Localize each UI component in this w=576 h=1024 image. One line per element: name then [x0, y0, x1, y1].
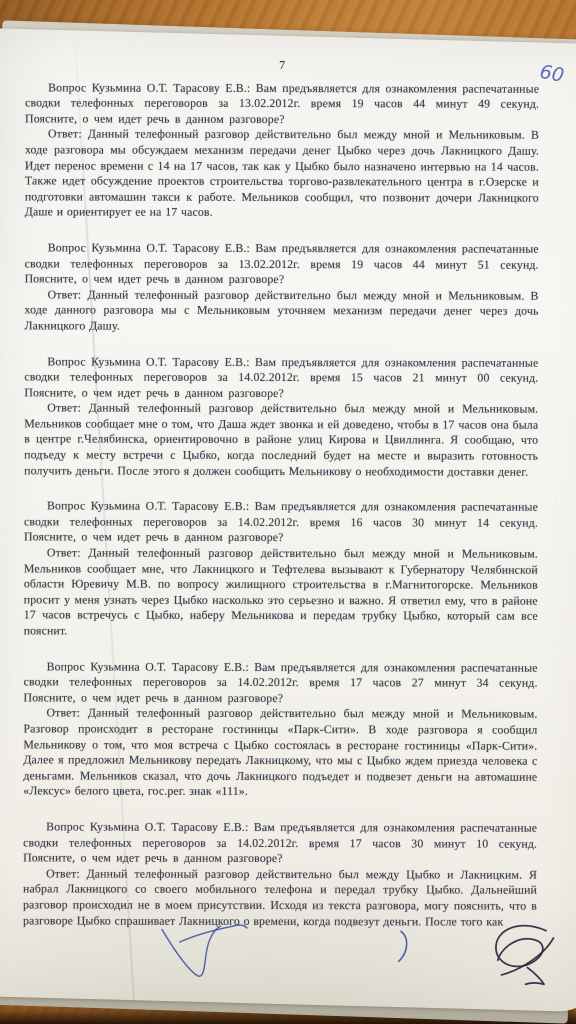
signature-flourish-center-icon — [261, 923, 429, 973]
handwritten-page-annotation: 60 — [538, 61, 566, 87]
signature-row — [23, 799, 537, 820]
qa-block: Вопрос Кузьмина О.Т. Тарасову Е.В.: Вам … — [24, 499, 538, 641]
signature-ink-icon — [300, 631, 432, 673]
signature-row — [24, 479, 538, 500]
question-paragraph: Вопрос Кузьмина О.Т. Тарасову Е.В.: Вам … — [24, 499, 538, 547]
question-paragraph: Вопрос Кузьмина О.Т. Тарасову Е.В.: Вам … — [24, 659, 538, 707]
page-content: 7 Вопрос Кузьмина О.Т. Тарасову Е.В.: Ва… — [0, 35, 576, 1005]
question-paragraph: Вопрос Кузьмина О.Т. Тарасову Е.В.: Вам … — [25, 240, 539, 288]
answer-paragraph: Ответ: Данный телефонный разговор действ… — [23, 706, 537, 801]
signature-ink-icon — [286, 470, 418, 512]
signature-ink-icon — [303, 212, 435, 254]
signature-row — [24, 334, 538, 355]
answer-paragraph: Ответ: Данный телефонный разговор действ… — [24, 545, 538, 640]
photographed-document: { "page": { "number": "7", "corner_annot… — [0, 0, 576, 1024]
answer-paragraph: Ответ: Данный телефонный разговор действ… — [24, 401, 538, 480]
qa-block: Вопрос Кузьмина О.Т. Тарасову Е.В.: Вам … — [24, 354, 538, 480]
qa-block: Вопрос Кузьмина О.Т. Тарасову Е.В.: Вам … — [23, 819, 537, 930]
signature-flourish-left-icon — [151, 921, 269, 983]
question-paragraph: Вопрос Кузьмина О.Т. Тарасову Е.В.: Вам … — [23, 819, 537, 867]
page-number: 7 — [25, 57, 539, 74]
document-page: 60 7 Вопрос Кузьмина О.Т. Тарасову Е.В.:… — [0, 28, 576, 1012]
signature-ink-icon — [325, 791, 457, 833]
signature-row — [24, 639, 538, 660]
signature-row — [25, 220, 539, 241]
bottom-signatures-row — [23, 916, 537, 983]
answer-paragraph: Ответ: Данный телефонный разговор действ… — [25, 127, 539, 222]
qa-block: Вопрос Кузьмина О.Т. Тарасову Е.В.: Вам … — [25, 80, 539, 222]
question-paragraph: Вопрос Кузьмина О.Т. Тарасову Е.В.: Вам … — [25, 80, 539, 128]
signature-ink-icon — [212, 325, 344, 367]
signature-flourish-right-dark-icon — [411, 917, 561, 991]
qa-block: Вопрос Кузьмина О.Т. Тарасову Е.В.: Вам … — [24, 240, 538, 335]
qa-block: Вопрос Кузьмина О.Т. Тарасову Е.В.: Вам … — [23, 659, 537, 801]
